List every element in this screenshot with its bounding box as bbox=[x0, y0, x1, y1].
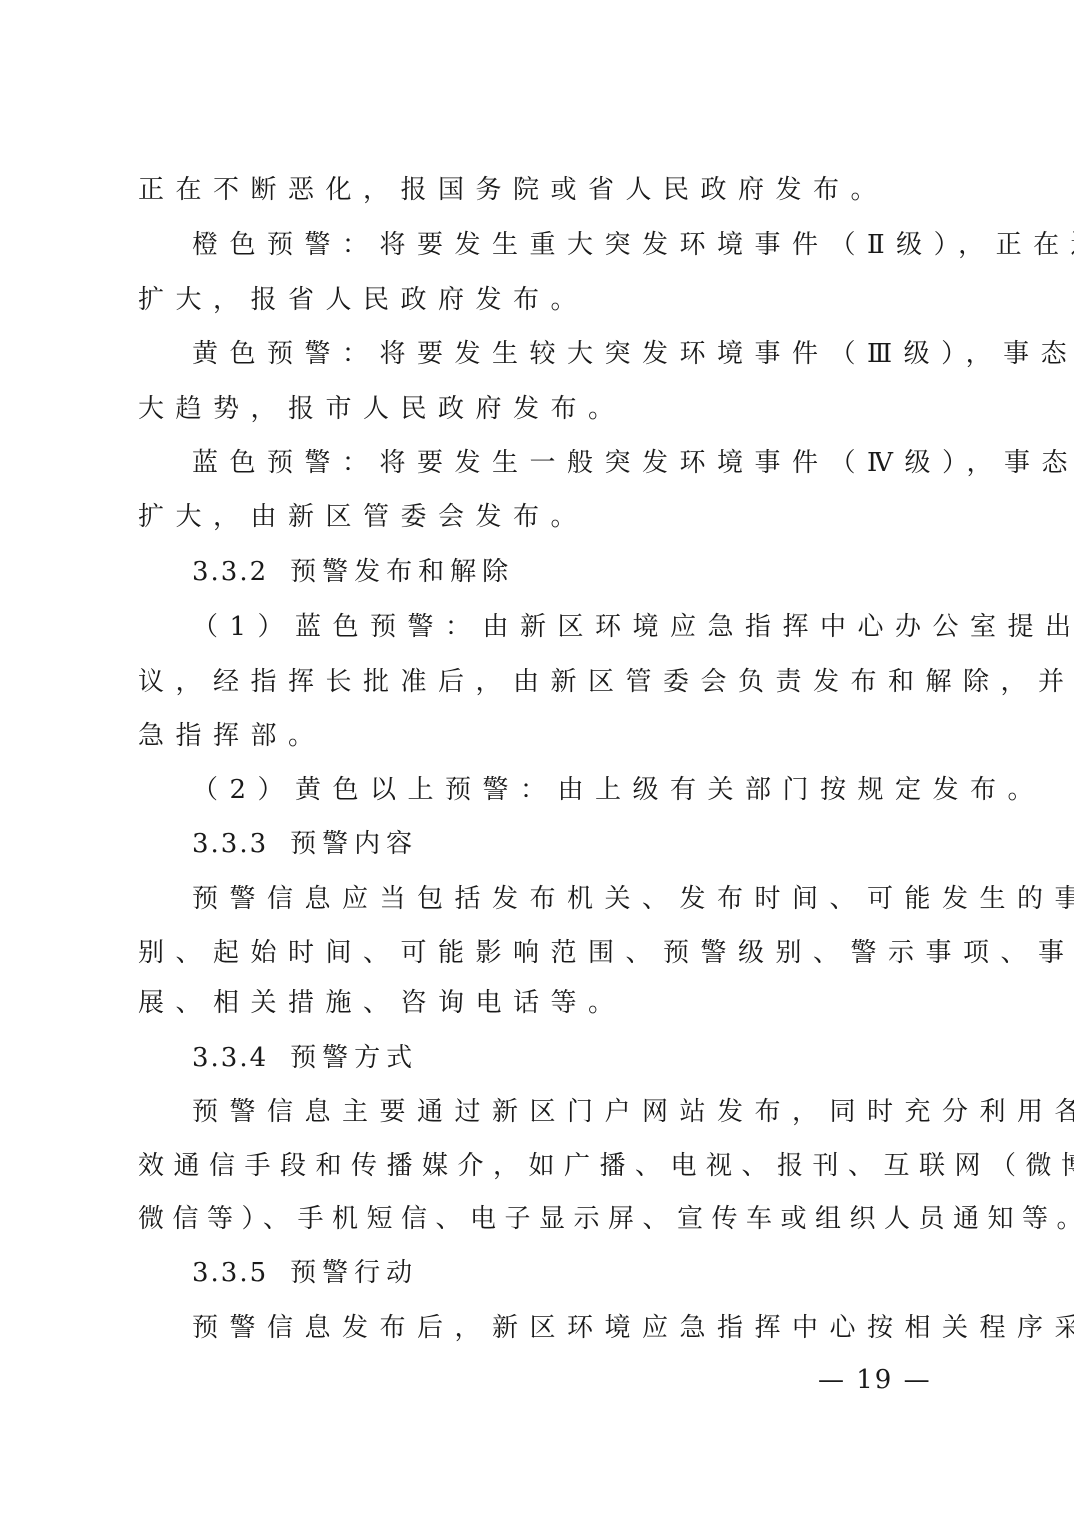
document-page: 正在不断恶化，报国务院或省人民政府发布。 橙色预警：将要发生重大突发环境事件（Ⅱ… bbox=[0, 0, 1074, 1520]
paragraph-line: （1）蓝色预警：由新区环境应急指挥中心办公室提出预警建 bbox=[192, 607, 938, 647]
paragraph-line: 预警信息主要通过新区门户网站发布，同时充分利用各种有 bbox=[192, 1092, 938, 1132]
paragraph-line: 别、起始时间、可能影响范围、预警级别、警示事项、事态发 bbox=[138, 933, 938, 973]
paragraph-line-orange-warning: 橙色预警：将要发生重大突发环境事件（Ⅱ级），正在逐步 bbox=[192, 225, 938, 265]
paragraph-line: 正在不断恶化，报国务院或省人民政府发布。 bbox=[138, 170, 938, 210]
section-title: 预警内容 bbox=[290, 829, 418, 859]
section-number: 3.3.4 bbox=[192, 1043, 268, 1073]
section-heading-3-3-4: 3.3.4预警方式 bbox=[192, 1038, 938, 1078]
section-title: 预警发布和解除 bbox=[290, 557, 514, 587]
paragraph-line: 大趋势，报市人民政府发布。 bbox=[138, 389, 938, 429]
paragraph-line-blue-warning: 蓝色预警：将要发生一般突发环境事件（Ⅳ级），事态可能 bbox=[192, 443, 938, 483]
section-number: 3.3.5 bbox=[192, 1258, 268, 1288]
section-number: 3.3.3 bbox=[192, 829, 268, 859]
section-heading-3-3-2: 3.3.2预警发布和解除 bbox=[192, 552, 938, 592]
paragraph-line-yellow-warning: 黄色预警：将要发生较大突发环境事件（Ⅲ级），事态有扩 bbox=[192, 334, 938, 374]
paragraph-line: 展、相关措施、咨询电话等。 bbox=[138, 983, 938, 1023]
paragraph-line: 微信等）、手机短信、电子显示屏、宣传车或组织人员通知等。 bbox=[138, 1199, 938, 1239]
paragraph-line: （2）黄色以上预警：由上级有关部门按规定发布。 bbox=[192, 770, 938, 810]
paragraph-line: 效通信手段和传播媒介，如广播、电视、报刊、互联网（微博、 bbox=[138, 1146, 938, 1186]
paragraph-line: 急指挥部。 bbox=[138, 716, 938, 756]
paragraph-line: 扩大，报省人民政府发布。 bbox=[138, 280, 938, 320]
paragraph-line: 预警信息发布后，新区环境应急指挥中心按相关程序采取以 bbox=[192, 1308, 938, 1348]
section-title: 预警方式 bbox=[290, 1043, 418, 1073]
section-number: 3.3.2 bbox=[192, 557, 268, 587]
paragraph-line: 议，经指挥长批准后，由新区管委会负责发布和解除，并报市应 bbox=[138, 662, 938, 702]
page-number: — 19 — bbox=[818, 1360, 932, 1400]
section-heading-3-3-3: 3.3.3预警内容 bbox=[192, 824, 938, 864]
paragraph-line: 扩大，由新区管委会发布。 bbox=[138, 497, 938, 537]
section-heading-3-3-5: 3.3.5预警行动 bbox=[192, 1253, 938, 1293]
section-title: 预警行动 bbox=[290, 1258, 418, 1288]
paragraph-line: 预警信息应当包括发布机关、发布时间、可能发生的事故类 bbox=[192, 879, 938, 919]
